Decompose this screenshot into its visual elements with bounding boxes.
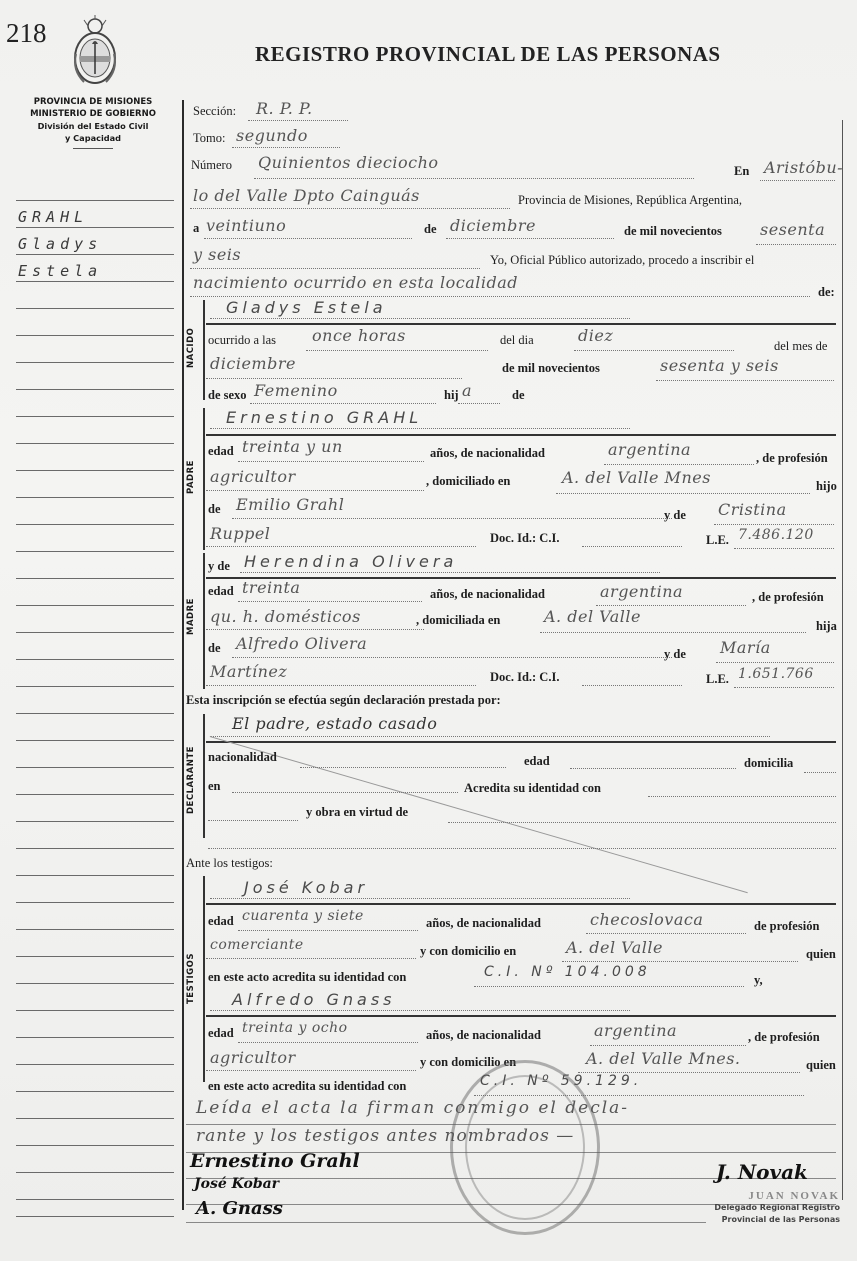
- margin-line: [16, 1172, 174, 1173]
- declarante-domicilia-label: domicilia: [744, 756, 793, 771]
- issuing-organization: PROVINCIA DE MISIONES MINISTERIO DE GOBI…: [8, 96, 178, 149]
- madre-y-de-label: y de: [208, 559, 230, 574]
- month-line: [446, 238, 614, 239]
- margin-line: [16, 740, 174, 741]
- de-colon-label: de:: [818, 285, 835, 300]
- officer-text: Yo, Oficial Público autorizado, procedo …: [490, 253, 754, 268]
- witness1-nacionalidad-line: [586, 933, 746, 934]
- witness1-domicilio-label: y con domicilio en: [420, 944, 516, 959]
- org-capacity: y Capacidad: [8, 132, 178, 144]
- madre-edad-label: edad: [208, 584, 234, 599]
- void-strike-line: [210, 736, 748, 893]
- madre-de-label: de: [208, 641, 221, 656]
- declarante-intro: Esta inscripción se efectúa según declar…: [186, 693, 501, 708]
- official-seal-stamp-icon: [450, 1060, 600, 1235]
- del-mes-label: del mes de: [774, 339, 827, 354]
- padre-name-value: Ernestino GRAHL: [226, 408, 422, 427]
- hour-line: [306, 350, 488, 351]
- right-border: [842, 120, 843, 1200]
- official-title-1: Delegado Regional Registro: [690, 1202, 840, 1214]
- witness2-nacionalidad-label: años, de nacionalidad: [426, 1028, 541, 1043]
- place-line-2: [190, 208, 510, 209]
- margin-line: [16, 713, 174, 714]
- declarante-rule: [206, 741, 836, 743]
- signature-official: J. Novak: [716, 1160, 808, 1184]
- mother-of-mother-2: Martínez: [210, 662, 287, 681]
- year-value-2: y seis: [193, 245, 241, 264]
- hijo-label: hijo: [816, 479, 837, 494]
- witness2-nacionalidad-value: argentina: [594, 1021, 677, 1040]
- madre-le-label: L.E.: [706, 672, 729, 687]
- padre-ci-line: [582, 546, 682, 547]
- madre-name-line: [240, 572, 660, 573]
- nacido-name-value: Gladys Estela: [226, 298, 387, 317]
- madre-domicilio-label: , domiciliada en: [416, 613, 500, 628]
- mother-of-father-line-1: [714, 524, 834, 525]
- padre-le-label: L.E.: [706, 533, 729, 548]
- place-value-1: Aristóbu-: [764, 158, 843, 177]
- mother-of-father-2: Ruppel: [210, 524, 270, 543]
- nacido-name-line: [210, 318, 630, 319]
- official-name: JUAN NOVAK: [690, 1190, 840, 1202]
- declarante-nacionalidad-line: [300, 767, 506, 768]
- margin-line: [16, 605, 174, 606]
- seccion-line: [248, 120, 348, 121]
- madre-domicilio-line: [540, 632, 806, 633]
- father-of-father: Emilio Grahl: [236, 495, 344, 514]
- margin-line: [16, 416, 174, 417]
- madre-le-line: [734, 687, 834, 688]
- margin-line: [16, 767, 174, 768]
- org-division: División del Estado Civil: [8, 120, 178, 132]
- declarante-domicilia-line: [804, 772, 836, 773]
- nacido-bracket: [203, 300, 205, 400]
- act-value: nacimiento ocurrido en esta localidad: [193, 273, 518, 292]
- margin-line: [16, 281, 174, 282]
- margin-line: [16, 1216, 174, 1217]
- signature-witness2: A. Gnass: [196, 1198, 283, 1219]
- padre-doc-label: Doc. Id.: C.I.: [490, 531, 559, 546]
- testigos-bracket: [203, 876, 205, 1082]
- org-province: PROVINCIA DE MISIONES: [8, 96, 178, 108]
- father-of-mother: Alfredo Olivera: [236, 634, 367, 653]
- mother-of-father-1: Cristina: [718, 500, 787, 519]
- del-dia-label: del dia: [500, 333, 534, 348]
- de-label: de: [424, 222, 437, 237]
- witness1-name-line: [210, 898, 630, 899]
- year-prefix: de mil novecientos: [624, 224, 722, 239]
- argentine-coat-of-arms-icon: [70, 14, 120, 88]
- declarante-acredita-line: [648, 796, 836, 797]
- witness1-edad-label: edad: [208, 914, 234, 929]
- witness2-domicilio-value: A. del Valle Mnes.: [586, 1049, 741, 1068]
- witness2-edad-value: treinta y ocho: [242, 1020, 348, 1036]
- witness2-nacionalidad-line: [590, 1045, 746, 1046]
- margin-divider: [182, 100, 184, 1210]
- sexo-value: Femenino: [254, 381, 338, 400]
- declarante-name-value: El padre, estado casado: [232, 714, 437, 733]
- margin-line: [16, 227, 174, 228]
- margin-line: [16, 821, 174, 822]
- madre-profesion-value: qu. h. domésticos: [210, 607, 361, 626]
- witness2-profesion-value: agricultor: [210, 1048, 296, 1067]
- padre-le-value: 7.486.120: [738, 527, 814, 543]
- witness1-acredita-label: en este acto acredita su identidad con: [208, 970, 406, 985]
- father-of-father-line: [232, 518, 672, 519]
- witness2-profesion-label: , de profesión: [748, 1030, 820, 1045]
- declarante-id-line: [208, 820, 298, 821]
- folio-number: 218: [6, 18, 47, 49]
- padre-y-de-label: y de: [664, 508, 686, 523]
- hij-line: [458, 403, 500, 404]
- margin-line: [16, 524, 174, 525]
- sexo-label: de sexo: [208, 388, 247, 403]
- hija-label: hija: [816, 619, 837, 634]
- nacido-de-label: de: [512, 388, 525, 403]
- witness1-profesion-value: comerciante: [210, 937, 304, 953]
- witness1-y-label: y,: [754, 973, 763, 988]
- padre-le-line: [734, 548, 834, 549]
- mother-of-father-line-2: [206, 546, 476, 547]
- witness1-domicilio-line: [562, 961, 798, 962]
- witness2-edad-label: edad: [208, 1026, 234, 1041]
- province-text: Provincia de Misiones, República Argenti…: [518, 193, 742, 208]
- mother-of-mother-1: María: [720, 638, 771, 657]
- margin-line: [16, 254, 174, 255]
- declarante-edad-line: [570, 768, 736, 769]
- nacido-rule: [206, 323, 836, 325]
- margin-line: [16, 659, 174, 660]
- en-label: En: [734, 164, 749, 179]
- hij-label: hij: [444, 388, 459, 403]
- margin-line: [16, 1145, 174, 1146]
- seccion-value: R. P. P.: [256, 99, 313, 118]
- declarante-bracket: [203, 714, 205, 838]
- place-line-1: [760, 180, 835, 181]
- padre-rule: [206, 434, 836, 436]
- hij-suffix: a: [462, 381, 472, 400]
- padre-profesion-line: [206, 490, 424, 491]
- margin-line: [16, 470, 174, 471]
- margin-given-name-1: Gladys: [18, 235, 102, 253]
- seccion-label: Sección:: [193, 104, 236, 119]
- mother-of-mother-line-2: [206, 685, 476, 686]
- margin-line: [16, 497, 174, 498]
- declarante-obra-label: y obra en virtud de: [306, 805, 408, 820]
- madre-bracket: [203, 553, 205, 689]
- witness2-name-line: [210, 1010, 630, 1011]
- witness1-profesion-label: de profesión: [754, 919, 819, 934]
- madre-rule: [206, 577, 836, 579]
- born-year-prefix: de mil novecientos: [502, 361, 600, 376]
- margin-line: [16, 362, 174, 363]
- born-year-line: [656, 380, 834, 381]
- ocurrido-label: ocurrido a las: [208, 333, 276, 348]
- padre-name-line: [210, 428, 630, 429]
- witness1-rule: [206, 903, 836, 905]
- margin-surname: GRAHL: [18, 208, 88, 226]
- madre-nacionalidad-line: [596, 605, 746, 606]
- declarante-acredita-label: Acredita su identidad con: [464, 781, 601, 796]
- witness2-name-value: Alfredo Gnass: [232, 990, 396, 1009]
- margin-line: [16, 686, 174, 687]
- margin-line: [16, 956, 174, 957]
- witness1-nacionalidad-label: años, de nacionalidad: [426, 916, 541, 931]
- margin-line: [16, 902, 174, 903]
- official-block: JUAN NOVAK Delegado Regional Registro Pr…: [690, 1190, 840, 1226]
- witness1-profesion-line: [206, 958, 416, 959]
- numero-label: Número: [191, 158, 232, 173]
- witness2-acredita-label: en este acto acredita su identidad con: [208, 1079, 406, 1094]
- padre-edad-value: treinta y un: [242, 437, 343, 456]
- padre-domicilio-label: , domiciliado en: [426, 474, 510, 489]
- birth-certificate-page: 218 REGISTRO PROVINCIAL DE LAS PERSONAS …: [0, 0, 857, 1261]
- nacido-section-label: NACIDO: [186, 318, 202, 378]
- mother-of-mother-line-1: [716, 662, 834, 663]
- numero-value: Quinientos dieciocho: [258, 153, 439, 172]
- document-title: REGISTRO PROVINCIAL DE LAS PERSONAS: [255, 42, 721, 67]
- margin-given-name-2: Estela: [18, 262, 102, 280]
- margin-line: [16, 794, 174, 795]
- margin-line: [16, 578, 174, 579]
- day-value: veintiuno: [206, 216, 286, 235]
- declarante-en-line: [232, 792, 458, 793]
- witness1-quien-label: quien: [806, 947, 836, 962]
- margin-line: [16, 308, 174, 309]
- org-underline: [73, 148, 113, 149]
- witness2-rule: [206, 1015, 836, 1017]
- place-value-2: lo del Valle Dpto Cainguás: [193, 186, 420, 205]
- madre-domicilio-value: A. del Valle: [544, 607, 641, 626]
- margin-line: [16, 1010, 174, 1011]
- margin-line: [16, 632, 174, 633]
- day-born-line: [574, 350, 734, 351]
- tomo-label: Tomo:: [193, 131, 225, 146]
- closing-line: [186, 1222, 706, 1223]
- witness2-quien-label: quien: [806, 1058, 836, 1073]
- margin-line: [16, 875, 174, 876]
- year-line-2: [190, 268, 480, 269]
- act-line: [190, 296, 810, 297]
- madre-nacionalidad-value: argentina: [600, 582, 683, 601]
- year-value-1: sesenta: [760, 220, 825, 239]
- witness1-nacionalidad-value: checoslovaca: [590, 910, 703, 929]
- day-line: [204, 238, 412, 239]
- testigos-section-label: TESTIGOS: [186, 946, 202, 1010]
- witness1-edad-value: cuarenta y siete: [242, 908, 364, 924]
- month-born-value: diciembre: [210, 354, 296, 373]
- padre-nacionalidad-label: años, de nacionalidad: [430, 446, 545, 461]
- padre-nacionalidad-value: argentina: [608, 440, 691, 459]
- padre-bracket: [203, 408, 205, 550]
- margin-line: [16, 443, 174, 444]
- declarante-edad-label: edad: [524, 754, 550, 769]
- madre-edad-line: [238, 601, 422, 602]
- witness2-profesion-line: [206, 1070, 416, 1071]
- declarante-section-label: DECLARANTE: [186, 742, 202, 818]
- father-of-mother-line: [232, 657, 672, 658]
- margin-line: [16, 389, 174, 390]
- sexo-line: [250, 403, 436, 404]
- signature-witness1: José Kobar: [194, 1176, 279, 1192]
- margin-line: [16, 551, 174, 552]
- witness2-edad-line: [238, 1042, 418, 1043]
- padre-edad-line: [238, 461, 424, 462]
- month-value: diciembre: [450, 216, 536, 235]
- padre-domicilio-line: [556, 493, 810, 494]
- tomo-line: [232, 147, 340, 148]
- padre-profesion-label: , de profesión: [756, 451, 828, 466]
- witness1-id-line: [474, 986, 744, 987]
- a-label: a: [193, 221, 199, 236]
- padre-section-label: PADRE: [186, 452, 202, 502]
- madre-profesion-label: , de profesión: [752, 590, 824, 605]
- official-title-2: Provincial de las Personas: [690, 1214, 840, 1226]
- madre-y-de-label-2: y de: [664, 647, 686, 662]
- born-year-value: sesenta y seis: [660, 356, 779, 375]
- margin-line: [16, 848, 174, 849]
- declarante-name-line: [210, 736, 770, 737]
- margin-line: [16, 335, 174, 336]
- margin-line: [16, 1118, 174, 1119]
- declarante-nacionalidad-label: nacionalidad: [208, 750, 277, 765]
- day-born-value: diez: [578, 326, 613, 345]
- padre-edad-label: edad: [208, 444, 234, 459]
- witness1-name-value: José Kobar: [244, 878, 368, 897]
- padre-domicilio-value: A. del Valle Mnes: [562, 468, 711, 487]
- padre-nacionalidad-line: [604, 464, 754, 465]
- testigos-intro: Ante los testigos:: [186, 856, 273, 871]
- month-born-line: [206, 378, 462, 379]
- declarante-en-label: en: [208, 779, 221, 794]
- margin-line: [16, 1091, 174, 1092]
- margin-line: [16, 983, 174, 984]
- hour-value: once horas: [312, 326, 406, 345]
- margin-line: [16, 929, 174, 930]
- madre-name-value: Herendina Olivera: [244, 552, 457, 571]
- madre-section-label: MADRE: [186, 592, 202, 642]
- declarante-extra-line: [208, 848, 836, 849]
- numero-line: [254, 178, 694, 179]
- madre-nacionalidad-label: años, de nacionalidad: [430, 587, 545, 602]
- witness1-id-value: C.I. Nº 104.008: [484, 964, 651, 980]
- madre-profesion-line: [206, 629, 424, 630]
- madre-le-value: 1.651.766: [738, 666, 814, 682]
- tomo-value: segundo: [236, 126, 308, 145]
- signature-father: Ernestino Grahl: [190, 1150, 360, 1172]
- declarante-obra-line: [448, 822, 836, 823]
- madre-edad-value: treinta: [242, 578, 300, 597]
- year-line-1: [756, 244, 836, 245]
- madre-ci-line: [582, 685, 682, 686]
- margin-line: [16, 1064, 174, 1065]
- margin-line: [16, 1037, 174, 1038]
- margin-line: [16, 1199, 174, 1200]
- padre-de-label: de: [208, 502, 221, 517]
- madre-doc-label: Doc. Id.: C.I.: [490, 670, 559, 685]
- padre-profesion-value: agricultor: [210, 467, 296, 486]
- witness1-edad-line: [238, 930, 418, 931]
- witness1-domicilio-value: A. del Valle: [566, 938, 663, 957]
- org-ministry: MINISTERIO DE GOBIERNO: [8, 108, 178, 120]
- margin-line: [16, 200, 174, 201]
